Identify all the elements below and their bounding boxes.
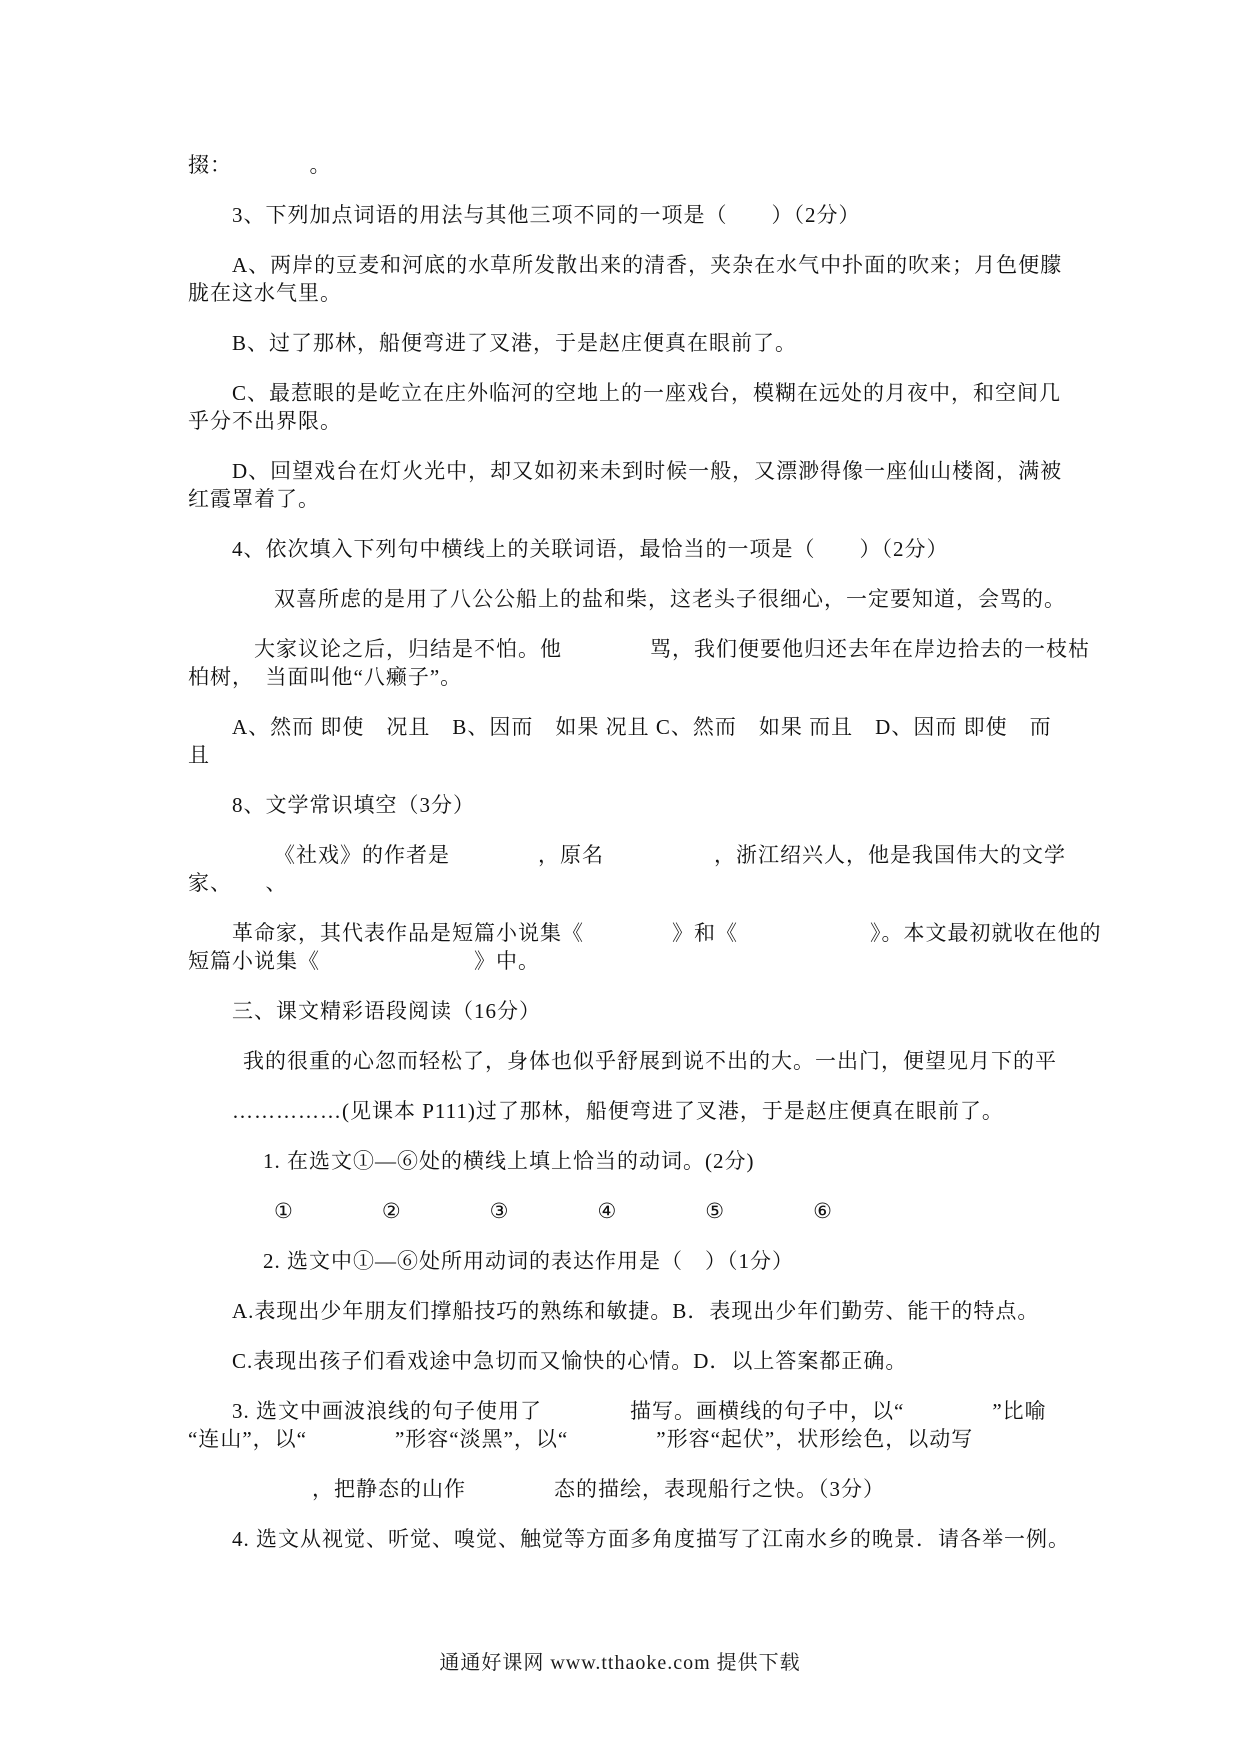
reading-q2-stem: 2. 选文中①—⑥处所用动词的表达作用是（ ）（1分） bbox=[188, 1247, 1103, 1275]
test-paper-page: { "document": { "lines": [ {"text": "掇： … bbox=[0, 0, 1240, 1754]
q8-fill-line-2-cont: 短篇小说集《 》中。 bbox=[188, 947, 1103, 975]
q3-stem: 3、下列加点词语的用法与其他三项不同的一项是（ ）（2分） bbox=[188, 201, 1103, 229]
reading-q4-stem: 4. 选文从视觉、听觉、嗅觉、触觉等方面多角度描写了江南水乡的晚景．请各举一例。 bbox=[188, 1525, 1103, 1553]
q8-fill-line-2: 革命家，其代表作品是短篇小说集《 》和《 》。本文最初就收在他的 bbox=[188, 919, 1103, 947]
footer-credit: 通通好课网 www.tthaoke.com 提供下载 bbox=[0, 1646, 1240, 1675]
q3-option-b: B、过了那林，船便弯进了叉港，于是赵庄便真在眼前了。 bbox=[188, 329, 1103, 357]
reading-passage-line-2: ……………(见课本 P111)过了那林，船便弯进了叉港，于是赵庄便真在眼前了。 bbox=[188, 1097, 1103, 1125]
q4-passage-2-cont: 柏树， 当面叫他“八癞子”。 bbox=[188, 663, 1103, 691]
q4-options: A、然而 即使 况且 B、因而 如果 况且 C、然而 如果 而且 D、因而 即使… bbox=[188, 713, 1103, 741]
q4-options-cont: 且 bbox=[188, 741, 1103, 769]
reading-q3-stem: 3. 选文中画波浪线的句子使用了 描写。画横线的句子中，以“ ”比喻 bbox=[188, 1397, 1103, 1425]
reading-q1-answer-blanks: ① ② ③ ④ ⑤ ⑥ bbox=[188, 1197, 1103, 1225]
q8-fill-line-1: 《社戏》的作者是 ，原名 ，浙江绍兴人，他是我国伟大的文学 bbox=[188, 841, 1103, 869]
section-3-heading: 三、课文精彩语段阅读（16分） bbox=[188, 997, 1103, 1025]
reading-passage-line-1: 我的很重的心忽而轻松了，身体也似乎舒展到说不出的大。一出门，便望见月下的平 bbox=[188, 1047, 1103, 1075]
reading-q2-options-ab: A.表现出少年朋友们撑船技巧的熟练和敏捷。B．表现出少年们勤劳、能干的特点。 bbox=[188, 1297, 1103, 1325]
q4-passage-sentence-1: 双喜所虑的是用了八公公船上的盐和柴，这老头子很细心，一定要知道，会骂的。 bbox=[188, 585, 1103, 613]
q4-stem: 4、依次填入下列句中横线上的关联词语，最恰当的一项是（ ）（2分） bbox=[188, 535, 1103, 563]
q4-passage-sentence-2: 大家议论之后，归结是不怕。他 骂，我们便要他归还去年在岸边拾去的一枝枯 bbox=[188, 635, 1103, 663]
q3-option-c: C、最惹眼的是屹立在庄外临河的空地上的一座戏台，模糊在远处的月夜中，和空间几 bbox=[188, 379, 1103, 407]
q8-stem: 8、文学常识填空（3分） bbox=[188, 791, 1103, 819]
q3-option-d: D、回望戏台在灯火光中，却又如初来未到时候一般，又漂渺得像一座仙山楼阁，满被 bbox=[188, 457, 1103, 485]
document-body: 掇： 。 3、下列加点词语的用法与其他三项不同的一项是（ ）（2分） A、两岸的… bbox=[188, 151, 1103, 1553]
q3-option-c-cont: 乎分不出界限。 bbox=[188, 407, 1103, 435]
q8-fill-line-1-cont: 家、 、 bbox=[188, 869, 1103, 897]
reading-q3-stem-cont-2: ，把静态的山作 态的描绘，表现船行之快。（3分） bbox=[188, 1475, 1103, 1503]
reading-q2-options-cd: C.表现出孩子们看戏途中急切而又愉快的心情。D．以上答案都正确。 bbox=[188, 1347, 1103, 1375]
q3-option-a: A、两岸的豆麦和河底的水草所发散出来的清香，夹杂在水气中扑面的吹来；月色便朦 bbox=[188, 251, 1103, 279]
question-tail-blank: 掇： 。 bbox=[188, 151, 1103, 179]
reading-q3-stem-cont: “连山”，以“ ”形容“淡黑”，以“ ”形容“起伏”，状形绘色，以动写 bbox=[188, 1425, 1103, 1453]
q3-option-d-cont: 红霞罩着了。 bbox=[188, 485, 1103, 513]
reading-q1-stem: 1. 在选文①—⑥处的横线上填上恰当的动词。(2分) bbox=[188, 1147, 1103, 1175]
q3-option-a-cont: 胧在这水气里。 bbox=[188, 279, 1103, 307]
